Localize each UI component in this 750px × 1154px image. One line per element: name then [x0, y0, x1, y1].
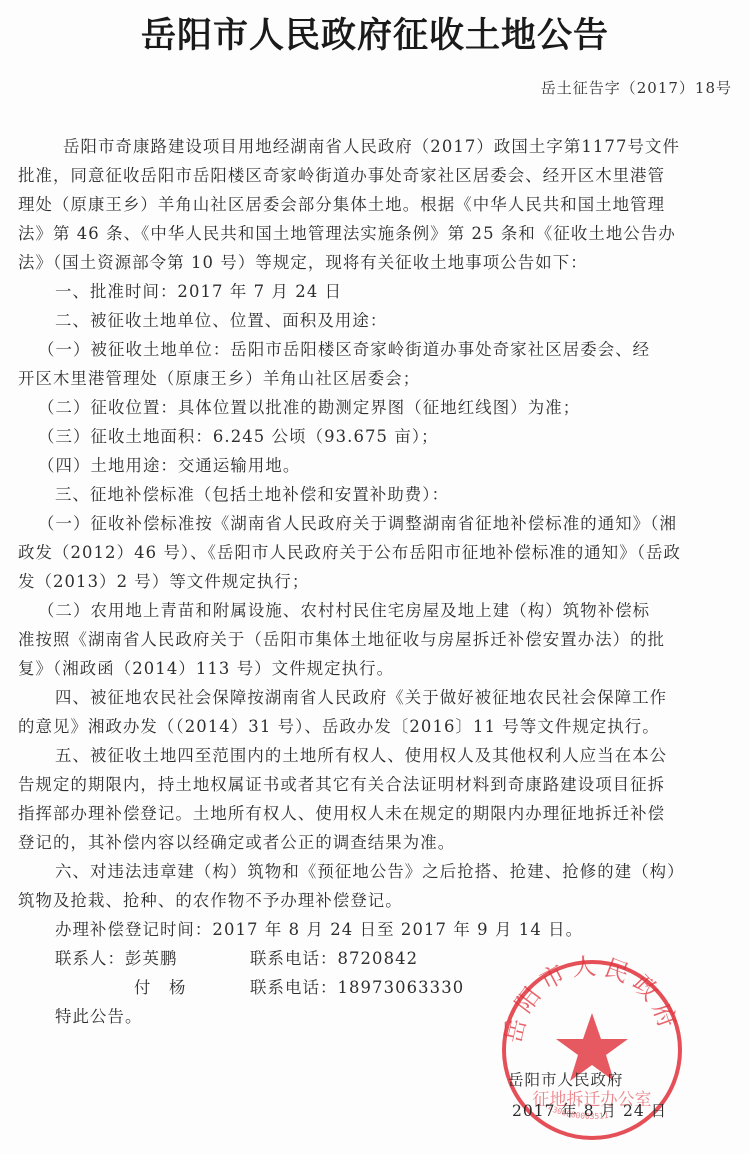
body-line: 法》第 46 条、《中华人民共和国土地管理法实施条例》第 25 条和《征收土地公…	[18, 220, 676, 244]
body-line: 付 杨	[134, 974, 186, 998]
body-line: 办理补偿登记时间：2017 年 8 月 24 日至 2017 年 9 月 14 …	[55, 916, 583, 940]
document-number: 岳土征告字（2017）18号	[541, 77, 732, 98]
body-line: 三、征地补偿标准（包括土地补偿和安置补助费）：	[55, 481, 449, 505]
body-line: 指挥部办理补偿登记。土地所有权人、使用权人未在规定的期限内办理征地拆迁补偿	[18, 800, 665, 824]
document-title: 岳阳市人民政府征收土地公告	[0, 8, 750, 58]
body-line: 岳阳市奇康路建设项目用地经湖南省人民政府（2017）政国土字第1177号文件	[63, 133, 680, 157]
body-line: （三）征收土地面积：6.245 公顷（93.675 亩）；	[38, 423, 439, 447]
body-line: 准按照《湖南省人民政府关于（岳阳市集体土地征收与房屋拆迁补偿安置办法）的批	[18, 626, 665, 650]
body-line: （一）征收补偿标准按《湖南省人民政府关于调整湖南省征地补偿标准的通知》（湘	[38, 510, 677, 534]
body-line: 法》（国土资源部令第 10 号）等规定，现将有关征收土地事项公告如下：	[18, 249, 588, 273]
body-line: 四、被征地农民社会保障按湖南省人民政府《关于做好被征地农民社会保障工作	[55, 684, 667, 708]
signature-date: 2017 年 8 月 24 日	[512, 1099, 667, 1121]
signature-org: 岳阳市人民政府	[508, 1068, 624, 1090]
body-line: 批准，同意征收岳阳市岳阳楼区奇家岭街道办事处奇家社区居委会、经开区木里港管	[18, 162, 665, 186]
body-line: 开区木里港管理处（原康王乡）羊角山社区居委会；	[18, 365, 420, 389]
body-line: 复》（湘政函（2014）113 号）文件规定执行。	[18, 655, 394, 679]
body-line: 特此公告。	[55, 1003, 142, 1027]
body-line: 登记的，其补偿内容以经确定或者公正的调查结果为准。	[18, 829, 455, 853]
body-line: 五、被征收土地四至范围内的土地所有权人、使用权人及其他权利人应当在本公	[55, 742, 667, 766]
body-line: （二）农用地上青苗和附属设施、农村村民住宅房屋及地上建（构）筑物补偿标	[38, 597, 650, 621]
body-line: （一）被征收土地单位：岳阳市岳阳楼区奇家岭街道办事处奇家社区居委会、经	[38, 336, 650, 360]
body-line: 联系电话：8720842	[250, 945, 418, 969]
body-line: 的意见》湘政办发（（2014）31 号）、岳政办发〔2016〕11 号等文件规定…	[18, 713, 660, 737]
body-line: 联系人：彭英鹏	[55, 945, 177, 969]
body-line: 二、被征收土地单位、位置、面积及用途：	[55, 307, 387, 331]
body-line: 发（2013）2 号）等文件规定执行；	[18, 568, 309, 592]
body-line: 告规定的期限内，持土地权属证书或者其它有关合法证明材料到奇康路建设项目征拆	[18, 771, 665, 795]
body-line: 一、批准时间：2017 年 7 月 24 日	[55, 278, 342, 302]
body-line: 理处（原康王乡）羊角山社区居委会部分集体土地。根据《中华人民共和国土地管理	[18, 191, 665, 215]
body-line: 筑物及抢栽、抢种、的农作物不予办理补偿登记。	[18, 887, 403, 911]
body-line: （二）征收位置：具体位置以批准的勘测定界图（征地红线图）为准；	[38, 394, 580, 418]
body-line: 政发（2012）46 号）、《岳阳市人民政府关于公布岳阳市征地补偿标准的通知》（…	[18, 539, 681, 563]
body-line: 六、对违法违章建（构）筑物和《预征地公告》之后抢搭、抢建、抢修的建（构）	[55, 858, 685, 882]
body-line: 联系电话：18973063330	[250, 974, 464, 998]
document-page: 岳阳市人民政府征收土地公告 岳土征告字（2017）18号 岳阳市奇康路建设项目用…	[0, 0, 750, 1154]
body-line: （四）土地用途：交通运输用地。	[38, 452, 300, 476]
